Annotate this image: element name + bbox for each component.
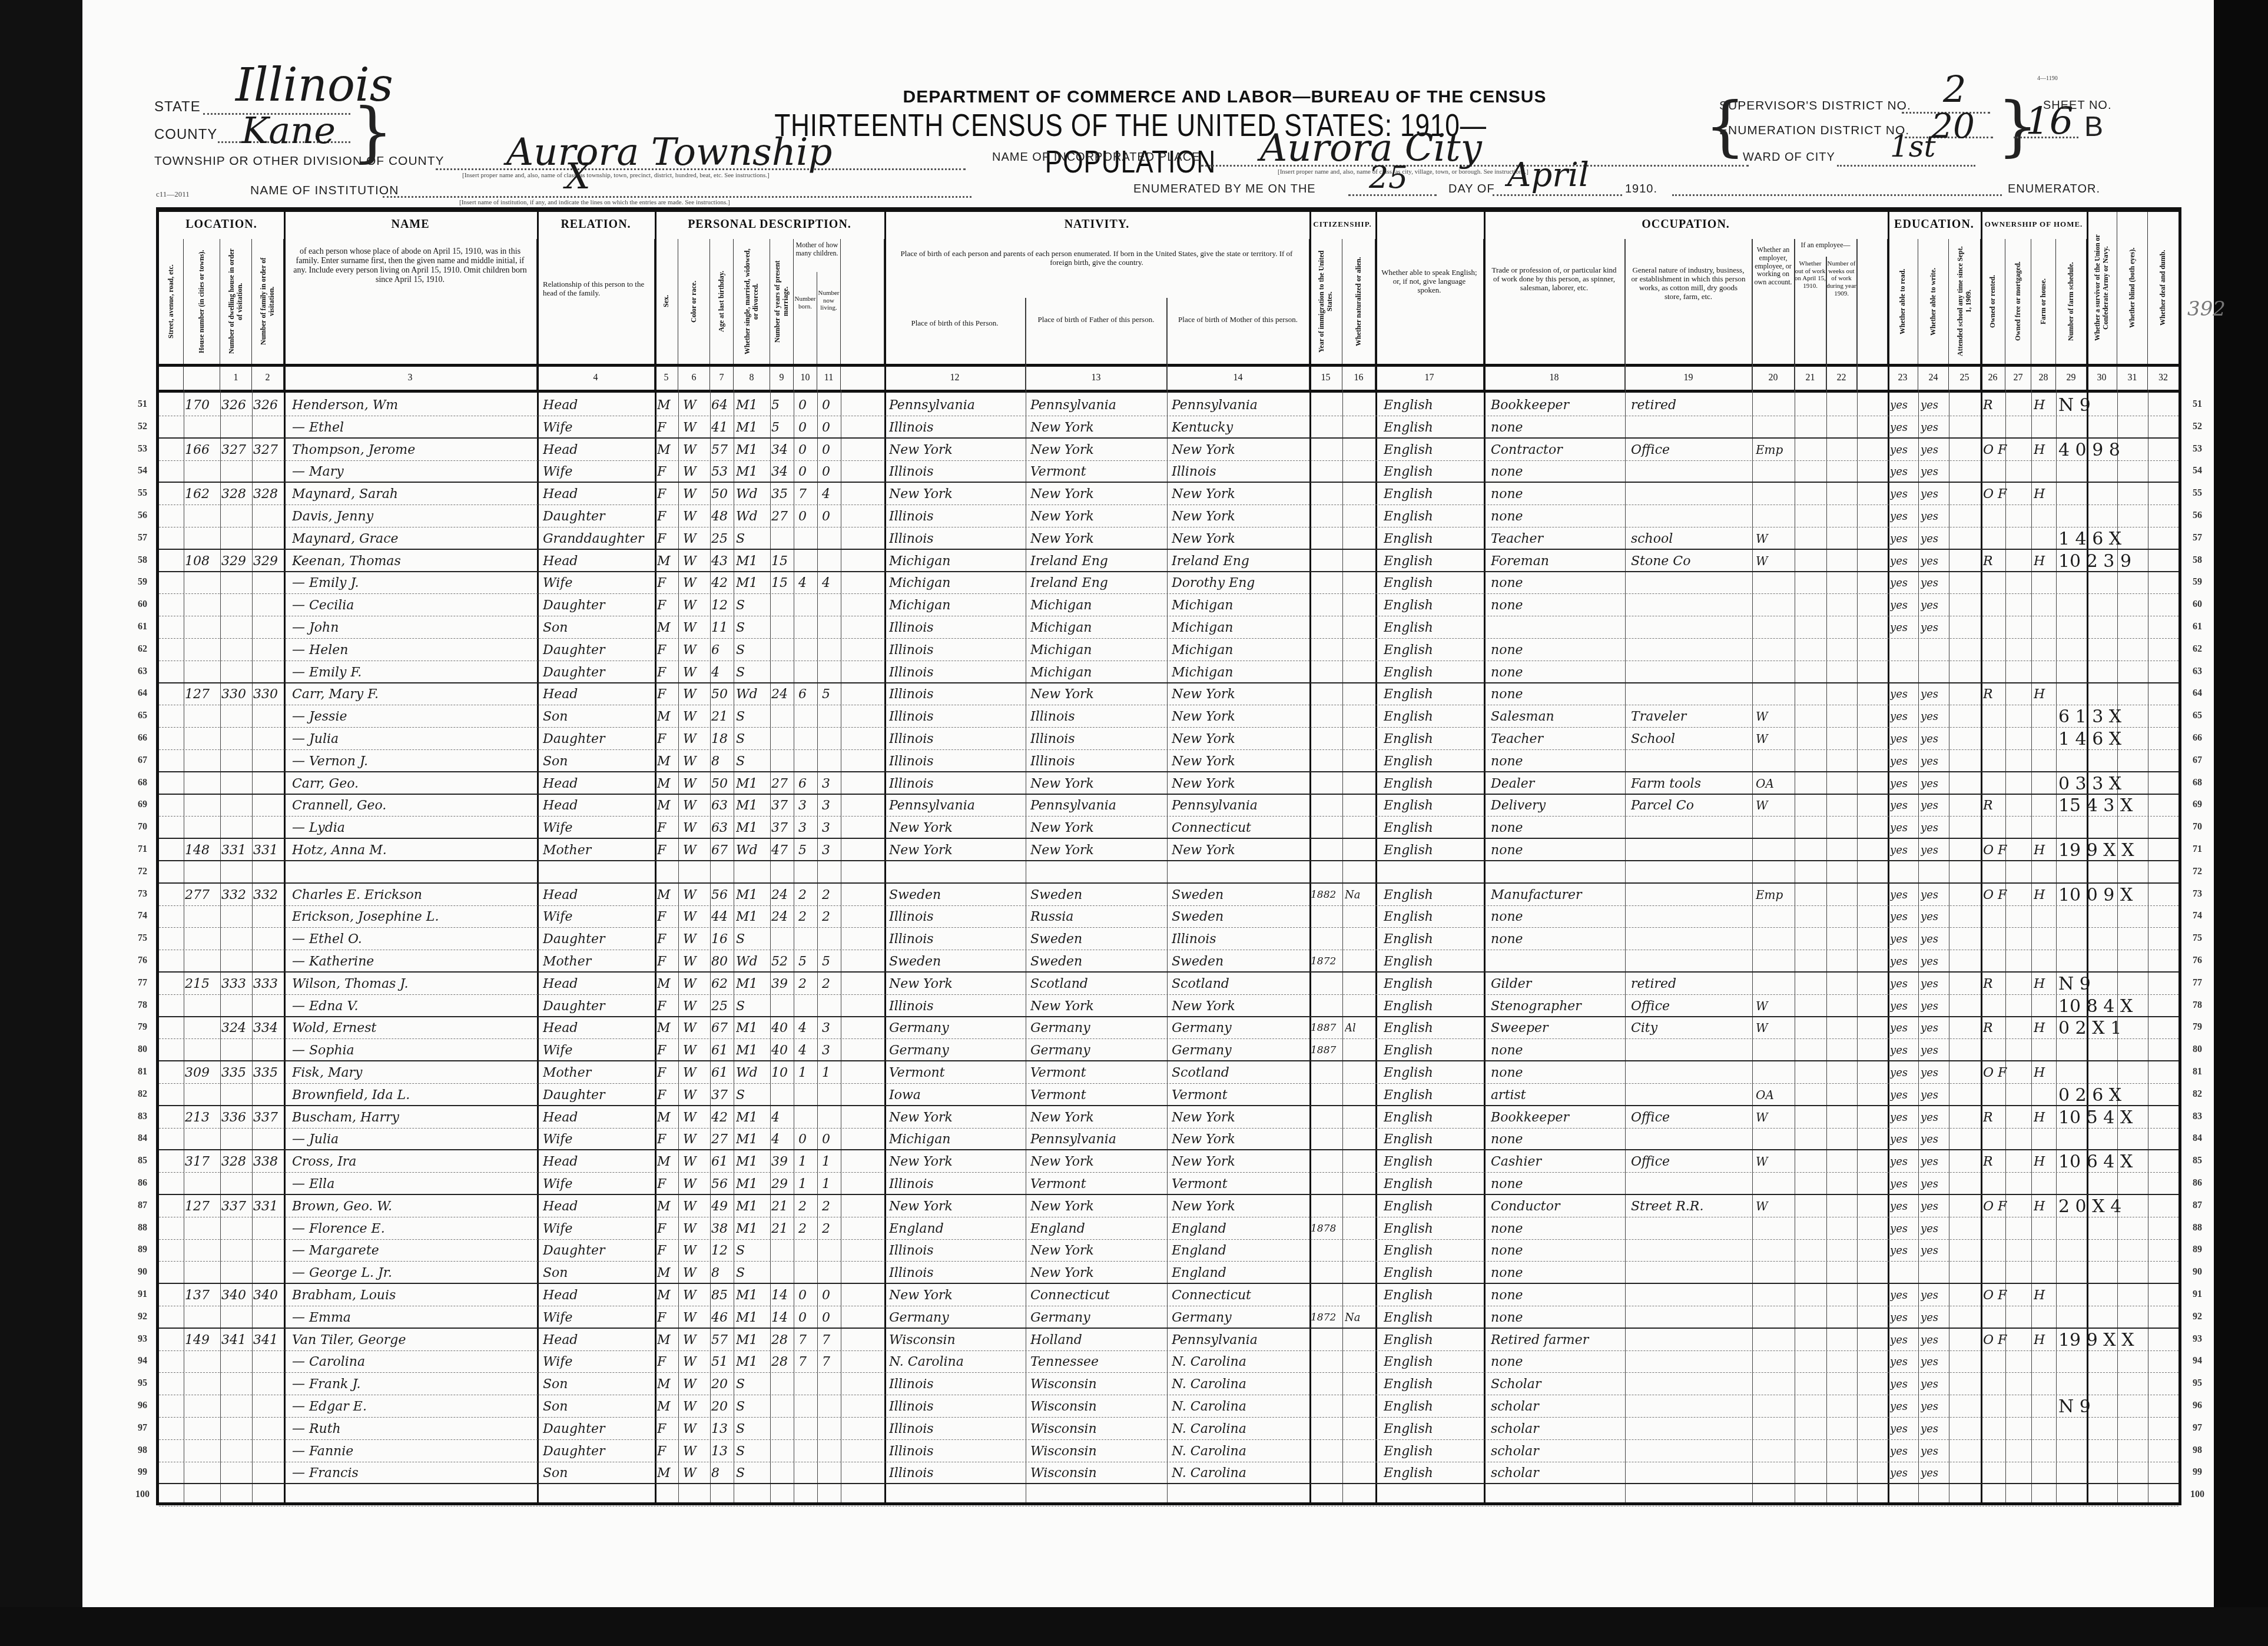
line-number: 62 <box>131 644 154 655</box>
form-id: c11—2011 <box>156 190 190 199</box>
line-number: 66 <box>131 733 154 744</box>
can-write: yes <box>1921 973 1948 995</box>
birthplace-person: Illinois <box>889 1173 1023 1195</box>
language: English <box>1384 461 1481 483</box>
naturalized <box>1345 1151 1374 1173</box>
marital-status: Wd <box>736 483 769 505</box>
trade: Stenographer <box>1491 995 1624 1017</box>
relation: Son <box>543 1373 652 1395</box>
birthplace-person: N. Carolina <box>889 1351 1023 1373</box>
employer-status <box>1756 928 1793 950</box>
language: English <box>1384 1218 1481 1240</box>
marital-status: M1 <box>736 1329 769 1351</box>
trade <box>1491 951 1624 973</box>
years-married: 37 <box>771 817 793 839</box>
children-living: 0 <box>822 461 840 483</box>
person-name: — Ella <box>292 1173 533 1195</box>
naturalized <box>1345 951 1374 973</box>
person-name: — Emily J. <box>292 572 533 594</box>
trade: none <box>1491 662 1624 683</box>
owned-rented <box>1983 662 2030 683</box>
children-born <box>798 1240 816 1262</box>
farm-house <box>2034 928 2055 950</box>
family-number <box>253 751 283 772</box>
line-number: 74 <box>2186 911 2209 921</box>
owned-rented <box>1983 1462 2030 1484</box>
sex: M <box>657 1262 677 1284</box>
age: 20 <box>711 1396 734 1418</box>
farm-house <box>2034 461 2055 483</box>
trade: none <box>1491 906 1624 928</box>
owned-rented: R <box>1983 683 2030 705</box>
industry: retired <box>1631 973 1751 995</box>
can-read: yes <box>1890 595 1917 616</box>
owned-rented <box>1983 1040 2030 1061</box>
language: English <box>1384 683 1481 705</box>
line-number: 61 <box>2186 622 2209 632</box>
children-born: 5 <box>798 839 816 861</box>
colnum-8: 8 <box>734 366 770 390</box>
birthplace-person: Wisconsin <box>889 1329 1023 1351</box>
language: English <box>1384 1396 1481 1418</box>
birthplace-father: Scotland <box>1030 973 1165 995</box>
month-line <box>1493 194 1622 196</box>
birthplace-person: Sweden <box>889 884 1023 906</box>
years-married: 39 <box>771 973 793 995</box>
coding: 10 6 4 X <box>2058 1151 2176 1173</box>
industry <box>1631 1373 1751 1395</box>
line-number: 74 <box>131 911 154 921</box>
can-write: yes <box>1921 817 1948 839</box>
marital-status: S <box>736 1418 769 1440</box>
birthplace-person: Pennsylvania <box>889 394 1023 416</box>
relation: Wife <box>543 1351 652 1373</box>
dwelling-number <box>221 706 251 728</box>
can-read: yes <box>1890 1017 1917 1039</box>
house-number <box>185 506 219 527</box>
can-read: yes <box>1890 973 1917 995</box>
can-read: yes <box>1890 1329 1917 1351</box>
can-write: yes <box>1921 795 1948 817</box>
line-number: 70 <box>131 822 154 832</box>
line-number: 94 <box>131 1356 154 1366</box>
farm-house <box>2034 1240 2055 1262</box>
employer-status <box>1756 1329 1793 1351</box>
employer-status: W <box>1756 1017 1793 1039</box>
years-married <box>771 595 793 616</box>
color: W <box>683 417 709 439</box>
can-read: yes <box>1890 817 1917 839</box>
marital-status: S <box>736 928 769 950</box>
children-born: 1 <box>798 1062 816 1084</box>
marital-status: S <box>736 662 769 683</box>
age: 44 <box>711 906 734 928</box>
col-family: Number of family in order of visitation. <box>252 239 284 364</box>
years-married <box>771 639 793 661</box>
col-street: Street, avenue, road, etc. <box>159 239 184 364</box>
farm-house <box>2034 1441 2055 1462</box>
group-occupation: OCCUPATION. <box>1484 212 1889 237</box>
table-row: — Francis Son M W 8 S Illinois Wisconsin… <box>159 1462 2179 1484</box>
children-born: 4 <box>798 1017 816 1039</box>
birthplace-father: New York <box>1030 773 1165 795</box>
years-married <box>771 1418 793 1440</box>
age: 8 <box>711 1462 734 1484</box>
family-number: 331 <box>253 1196 283 1217</box>
trade: Sweeper <box>1491 1017 1624 1039</box>
line-number: 92 <box>131 1312 154 1322</box>
naturalized <box>1345 1129 1374 1150</box>
line-number: 55 <box>2186 488 2209 499</box>
birthplace-person <box>889 862 1023 884</box>
trade: Manufacturer <box>1491 884 1624 906</box>
table-row: — Frank J. Son M W 20 S Illinois Wiscons… <box>159 1373 2179 1395</box>
coding <box>2058 1462 2176 1484</box>
years-married <box>771 706 793 728</box>
farm-house: H <box>2034 1107 2055 1129</box>
marital-status: M1 <box>736 1218 769 1240</box>
color: W <box>683 506 709 527</box>
marital-status: S <box>736 751 769 772</box>
trade: scholar <box>1491 1418 1624 1440</box>
immigration-year: 1882 <box>1311 884 1341 906</box>
naturalized <box>1345 1084 1374 1106</box>
relation: Head <box>543 795 652 817</box>
house-number <box>185 1173 219 1195</box>
children-born: 4 <box>798 572 816 594</box>
line-number: 56 <box>2186 510 2209 521</box>
table-row: 166 327 327 Thompson, Jerome Head M W 57… <box>159 439 2179 461</box>
naturalized <box>1345 506 1374 527</box>
coding <box>2058 1262 2176 1284</box>
birthplace-person: Pennsylvania <box>889 795 1023 817</box>
industry <box>1631 884 1751 906</box>
language: English <box>1384 439 1481 461</box>
family-number <box>253 1262 283 1284</box>
sex <box>657 1485 677 1506</box>
naturalized <box>1345 417 1374 439</box>
coding <box>2058 1418 2176 1440</box>
industry: school <box>1631 528 1751 550</box>
birthplace-mother: Pennsylvania <box>1172 1329 1307 1351</box>
children-living: 4 <box>822 483 840 505</box>
birthplace-father: Michigan <box>1030 595 1165 616</box>
industry <box>1631 951 1751 973</box>
children-born: 0 <box>798 461 816 483</box>
birthplace-person: England <box>889 1218 1023 1240</box>
birthplace-mother: Vermont <box>1172 1084 1307 1106</box>
owned-rented <box>1983 1441 2030 1462</box>
immigration-year <box>1311 995 1341 1017</box>
immigration-year <box>1311 1240 1341 1262</box>
family-number <box>253 951 283 973</box>
naturalized <box>1345 595 1374 616</box>
relation: Head <box>543 683 652 705</box>
marital-status: S <box>736 995 769 1017</box>
trade: Contractor <box>1491 439 1624 461</box>
trade: scholar <box>1491 1441 1624 1462</box>
age <box>711 1485 734 1506</box>
trade: none <box>1491 1262 1624 1284</box>
language: English <box>1384 1040 1481 1061</box>
owned-rented <box>1983 1396 2030 1418</box>
children-born: 1 <box>798 1151 816 1173</box>
employer-status <box>1756 1129 1793 1150</box>
table-row: — Margarete Daughter F W 12 S Illinois N… <box>159 1240 2179 1262</box>
children-living: 2 <box>822 906 840 928</box>
house-number <box>185 1129 219 1150</box>
owned-rented <box>1983 862 2030 884</box>
table-row: 162 328 328 Maynard, Sarah Head F W 50 W… <box>159 483 2179 505</box>
birthplace-father: Vermont <box>1030 1062 1165 1084</box>
scan-border-left <box>0 0 82 1646</box>
relation: Head <box>543 773 652 795</box>
birthplace-father: Russia <box>1030 906 1165 928</box>
person-name: Davis, Jenny <box>292 506 533 527</box>
person-name: Van Tiler, George <box>292 1329 533 1351</box>
children-born <box>798 1084 816 1106</box>
table-row: 277 332 332 Charles E. Erickson Head M W… <box>159 884 2179 906</box>
col-if-employee: If an employee— <box>1795 239 1857 257</box>
naturalized <box>1345 839 1374 861</box>
colnum-15: 15 <box>1309 366 1342 390</box>
institution-line <box>383 196 971 198</box>
birthplace-mother: New York <box>1172 483 1307 505</box>
col-sex: Sex. <box>655 239 678 364</box>
house-number <box>185 1441 219 1462</box>
naturalized <box>1345 1173 1374 1195</box>
trade: none <box>1491 1129 1624 1150</box>
coding: 2 0 X 4 <box>2058 1196 2176 1217</box>
language: English <box>1384 951 1481 973</box>
line-number: 67 <box>131 755 154 766</box>
line-number: 88 <box>2186 1223 2209 1233</box>
person-name: Fisk, Mary <box>292 1062 533 1084</box>
relation: Daughter <box>543 1418 652 1440</box>
immigration-year <box>1311 683 1341 705</box>
birthplace-mother: New York <box>1172 728 1307 750</box>
trade: none <box>1491 1285 1624 1306</box>
employer-status <box>1756 506 1793 527</box>
trade: scholar <box>1491 1396 1624 1418</box>
line-number: 55 <box>131 488 154 499</box>
age: 62 <box>711 973 734 995</box>
can-read: yes <box>1890 1373 1917 1395</box>
can-write: yes <box>1921 1285 1948 1306</box>
naturalized <box>1345 1196 1374 1217</box>
line-number: 83 <box>2186 1111 2209 1122</box>
farm-house <box>2034 506 2055 527</box>
relation: Head <box>543 439 652 461</box>
scan-border-right <box>2214 0 2268 1646</box>
col-write: Whether able to write. <box>1918 239 1949 364</box>
relation: Daughter <box>543 506 652 527</box>
line-number: 82 <box>2186 1089 2209 1100</box>
sex: F <box>657 839 677 861</box>
birthplace-father: Illinois <box>1030 706 1165 728</box>
line-number: 73 <box>2186 889 2209 900</box>
marital-status: M1 <box>736 1017 769 1039</box>
years-married <box>771 1485 793 1506</box>
family-number <box>253 506 283 527</box>
birthplace-mother: New York <box>1172 839 1307 861</box>
years-married: 27 <box>771 773 793 795</box>
can-write: yes <box>1921 1307 1948 1329</box>
dwelling-number <box>221 528 251 550</box>
line-number: 57 <box>131 533 154 543</box>
employer-status <box>1756 906 1793 928</box>
employer-status: W <box>1756 1151 1793 1173</box>
children-living <box>822 706 840 728</box>
employer-status <box>1756 683 1793 705</box>
owned-rented <box>1983 1173 2030 1195</box>
color: W <box>683 639 709 661</box>
house-number <box>185 862 219 884</box>
line-number: 72 <box>131 867 154 877</box>
line-number: 60 <box>2186 599 2209 610</box>
birthplace-person: Illinois <box>889 773 1023 795</box>
relation: Wife <box>543 1307 652 1329</box>
table-row: Carr, Geo. Head M W 50 M1 27 6 3 Illinoi… <box>159 773 2179 795</box>
relation <box>543 862 652 884</box>
language: English <box>1384 1285 1481 1306</box>
years-married: 35 <box>771 483 793 505</box>
trade: none <box>1491 1040 1624 1061</box>
line-number: 86 <box>131 1178 154 1189</box>
can-read: yes <box>1890 751 1917 772</box>
color: W <box>683 884 709 906</box>
color: W <box>683 1084 709 1106</box>
industry <box>1631 417 1751 439</box>
birthplace-father: New York <box>1030 995 1165 1017</box>
enumerated-month: April <box>1507 156 1589 194</box>
language: English <box>1384 728 1481 750</box>
coding <box>2058 506 2176 527</box>
family-number <box>253 706 283 728</box>
house-number <box>185 728 219 750</box>
naturalized <box>1345 1240 1374 1262</box>
children-living: 1 <box>822 1062 840 1084</box>
person-name: — George L. Jr. <box>292 1262 533 1284</box>
naturalized <box>1345 773 1374 795</box>
coding <box>2058 817 2176 839</box>
color: W <box>683 928 709 950</box>
color: W <box>683 1218 709 1240</box>
person-name: Erickson, Josephine L. <box>292 906 533 928</box>
group-location: LOCATION. <box>159 212 286 237</box>
sex: F <box>657 995 677 1017</box>
industry <box>1631 928 1751 950</box>
industry <box>1631 506 1751 527</box>
employer-status: W <box>1756 706 1793 728</box>
house-number: 127 <box>185 1196 219 1217</box>
language: English <box>1384 1240 1481 1262</box>
children-living <box>822 550 840 572</box>
birthplace-mother: Vermont <box>1172 1173 1307 1195</box>
owned-rented <box>1983 1485 2030 1506</box>
house-number <box>185 1418 219 1440</box>
dwelling-number <box>221 751 251 772</box>
can-read: yes <box>1890 706 1917 728</box>
years-married: 39 <box>771 1151 793 1173</box>
color: W <box>683 951 709 973</box>
can-read: yes <box>1890 1462 1917 1484</box>
person-name: — Ethel O. <box>292 928 533 950</box>
family-number <box>253 1373 283 1395</box>
sex: M <box>657 884 677 906</box>
col-trade: Trade or profession of, or particular ki… <box>1484 239 1625 364</box>
industry: Street R.R. <box>1631 1196 1751 1217</box>
colnum-32: 32 <box>2148 366 2179 390</box>
color: W <box>683 1151 709 1173</box>
dwelling-number: 331 <box>221 839 251 861</box>
can-write: yes <box>1921 1107 1948 1129</box>
farm-house <box>2034 1084 2055 1106</box>
coding <box>2058 1218 2176 1240</box>
employer-status: OA <box>1756 1084 1793 1106</box>
years-married <box>771 528 793 550</box>
person-name: — Carolina <box>292 1351 533 1373</box>
colnum-13: 13 <box>1026 366 1167 390</box>
house-number: 162 <box>185 483 219 505</box>
immigration-year <box>1311 1107 1341 1129</box>
line-number: 61 <box>131 622 154 632</box>
sex: F <box>657 528 677 550</box>
col-house: House number (in cities or towns). <box>184 239 220 364</box>
children-born <box>798 728 816 750</box>
children-living: 2 <box>822 973 840 995</box>
can-write: yes <box>1921 1418 1948 1440</box>
dwelling-number: 335 <box>221 1062 251 1084</box>
can-write: yes <box>1921 1373 1948 1395</box>
owned-rented <box>1983 928 2030 950</box>
relation: Head <box>543 394 652 416</box>
color: W <box>683 1462 709 1484</box>
years-married: 40 <box>771 1040 793 1061</box>
house-number <box>185 461 219 483</box>
table-row: — Ethel Wife F W 41 M1 5 0 0 Illinois Ne… <box>159 417 2179 439</box>
line-number: 100 <box>131 1489 154 1500</box>
can-write <box>1921 662 1948 683</box>
coding <box>2058 751 2176 772</box>
birthplace-father: New York <box>1030 1107 1165 1129</box>
colnum-24: 24 <box>1918 366 1949 390</box>
family-number <box>253 1240 283 1262</box>
birthplace-father: Pennsylvania <box>1030 394 1165 416</box>
employer-status <box>1756 973 1793 995</box>
birthplace-mother: N. Carolina <box>1172 1351 1307 1373</box>
naturalized <box>1345 1441 1374 1462</box>
color: W <box>683 773 709 795</box>
employer-status: OA <box>1756 773 1793 795</box>
line-number: 56 <box>131 510 154 521</box>
years-married: 34 <box>771 439 793 461</box>
children-born <box>798 528 816 550</box>
person-name <box>292 1485 533 1506</box>
owned-rented <box>1983 773 2030 795</box>
family-number <box>253 617 283 639</box>
line-number: 60 <box>131 599 154 610</box>
line-number: 51 <box>2186 399 2209 410</box>
naturalized <box>1345 662 1374 683</box>
trade: Bookkeeper <box>1491 394 1624 416</box>
age: 48 <box>711 506 734 527</box>
coding: N 9 <box>2058 973 2176 995</box>
line-number: 53 <box>131 444 154 454</box>
can-read: yes <box>1890 728 1917 750</box>
can-read: yes <box>1890 1107 1917 1129</box>
language: English <box>1384 595 1481 616</box>
